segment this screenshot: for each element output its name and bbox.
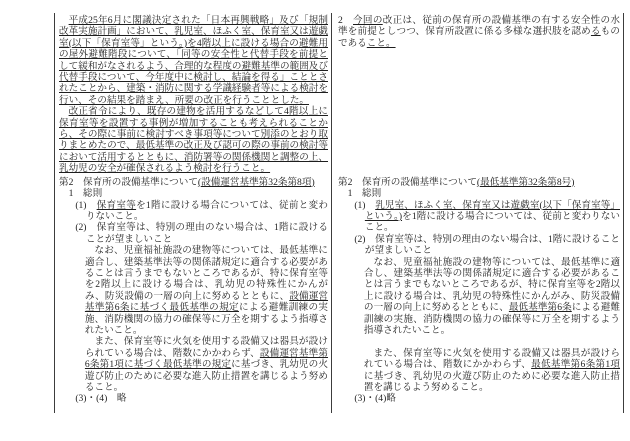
text-block: (3)・(4)略: [354, 393, 620, 404]
text-segment: (2) 保育室等は、特別の理由のない場合は、1階に設けることが望ましいこと: [75, 222, 328, 244]
blank-line: [338, 336, 620, 347]
text-segment: (1): [75, 200, 96, 211]
underlined-text-segment: (設備運営基準第32条第8項): [198, 177, 315, 188]
text-segment: (1): [354, 200, 375, 211]
text-block: 平成25年6月に閣議決定された「日本再興戦略」及び「規制改革実施計画」において、…: [59, 15, 328, 106]
text-segment: 第2 保育所の設備基準について: [338, 177, 477, 188]
blank-line: [59, 405, 328, 413]
text-block: (1) 保育室等を1階に設ける場合については、従前と変わりないこと。: [75, 200, 328, 223]
text-block: なお、児童福祉施設の建物等については、最低基準に適合し、建築基準法等の関係諸規定…: [364, 257, 620, 337]
text-block: また、保育室等に火気を使用する設備又は器具が設けられている場合は、階数にかかわら…: [85, 336, 328, 393]
scanned-document-page: { "colors": { "page_background": "#fffff…: [0, 0, 630, 441]
cell-standards-right: 第2 保育所の設備基準について(最低基準第32条第8号)1 総則(1) 乳児室、…: [331, 175, 623, 413]
text-segment: 1 総則: [69, 188, 103, 199]
underlined-text-segment: 今回の: [353, 15, 383, 26]
underlined-text-segment: 最低基準第6条: [509, 302, 572, 313]
text-block: (2) 保育室等は、特別の理由のない場合は、1階に設けることが望ましいこと: [75, 222, 328, 245]
text-block: 1 総則: [69, 188, 328, 199]
text-block: (1) 乳児室、ほふく室、保育室又は遊戯室(以下「保育室等」という。)を1階に設…: [354, 200, 620, 234]
cell-standards-left: 第2 保育所の設備基準について(設備運営基準第32条第8項)1 総則(1) 保育…: [55, 175, 331, 413]
text-block: 第2 保育所の設備基準について(設備運営基準第32条第8項): [59, 177, 328, 188]
text-block: 改正省令により、既存の建物を活用するなどして4階以上に保育室等を設置する事例が増…: [59, 106, 328, 174]
blank-line: [338, 405, 620, 413]
text-block: (3)・(4) 略: [75, 393, 328, 404]
underlined-text-segment: る: [591, 26, 601, 37]
underlined-text-segment: こと。: [367, 38, 396, 49]
underlined-text-segment: 保育室等: [97, 200, 136, 211]
text-segment: (2) 保育室等は、特別の理由のない場合は、1階に設けることが望ましいこと: [354, 234, 620, 256]
text-segment: 第2 保育所の設備基準について: [59, 177, 198, 188]
cell-intro-left: 平成25年6月に閣議決定された「日本再興戦略」及び「規制改革実施計画」において、…: [55, 13, 331, 175]
text-block: 2 今回の改正は、従前の保育所の設備基準の有する安全性の水準を前提としつつ、保育…: [338, 15, 620, 49]
text-segment: (3)・(4) 略: [75, 393, 126, 404]
table-row-standards: 第2 保育所の設備基準について(設備運営基準第32条第8項)1 総則(1) 保育…: [55, 175, 623, 413]
underlined-text-segment: (最低基準第32条第8号): [477, 177, 575, 188]
table-row-intro: 平成25年6月に閣議決定された「日本再興戦略」及び「規制改革実施計画」において、…: [55, 13, 623, 175]
text-block: (2) 保育室等は、特別の理由のない場合は、1階に設けることが望ましいこと: [354, 234, 620, 257]
text-segment: (3)・(4)略: [354, 393, 396, 404]
text-block: なお、児童福祉施設の建物等については、最低基準に適合し、建築基準法等の関係諸規定…: [85, 245, 328, 336]
underlined-text-segment: 平成25年6月に閣議決定された「日本再興戦略」及び「規制改革実施計画」において、…: [59, 15, 328, 106]
text-block: 1 総則: [348, 188, 620, 199]
text-block: 第2 保育所の設備基準について(最低基準第32条第8号): [338, 177, 620, 188]
text-segment: を1階に設ける場合については、従前と変わりないこと。: [365, 211, 620, 233]
underlined-text-segment: 改正省令により、既存の建物を活用するなどして4階以上に保育室等を設置する事例が増…: [59, 106, 328, 174]
cell-intro-right: 2 今回の改正は、従前の保育所の設備基準の有する安全性の水準を前提としつつ、保育…: [331, 13, 623, 175]
text-segment: に基づき、乳幼児の火遊び防止のために必要な進入防止措置を講じるよう努めること。: [364, 371, 620, 393]
text-segment: 1 総則: [348, 188, 382, 199]
comparison-table: 平成25年6月に閣議決定された「日本再興戦略」及び「規制改革実施計画」において、…: [54, 13, 624, 413]
underlined-text-segment: 最低基準第6条第1項: [531, 359, 620, 370]
text-segment: 2: [338, 15, 353, 26]
text-block: また、保育室等に火気を使用する設備又は器具が設けられている場合は、階数にかかわら…: [364, 348, 620, 394]
